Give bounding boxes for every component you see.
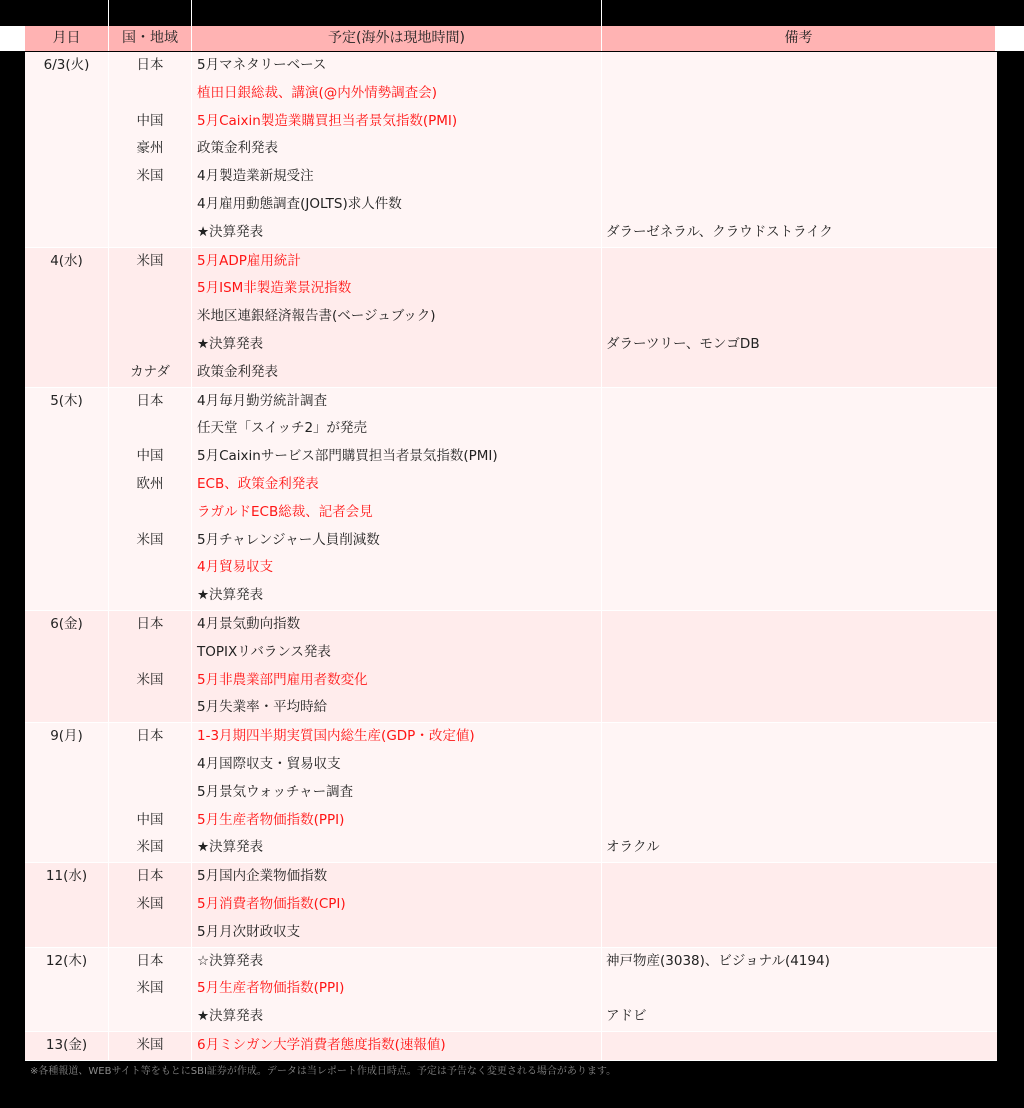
date-label: 6/3(火) xyxy=(25,52,108,80)
table-row: 米地区連銀経済報告書(ベージュブック) xyxy=(109,303,997,331)
date-cell: 4(水) xyxy=(25,248,109,387)
event-cell: ★決算発表 xyxy=(192,582,602,610)
date-group: 12(木)日本☆決算発表神戸物産(3038)、ビジョナル(4194)米国5月生産… xyxy=(25,948,997,1032)
event-cell-highlight: 5月生産者物価指数(PPI) xyxy=(192,975,602,1003)
schedule-table-body: 6/3(火)日本5月マネタリーベース植田日銀総裁、講演(@内外情勢調査会)中国5… xyxy=(25,52,997,1061)
notes-cell: オラクル xyxy=(602,834,997,862)
event-cell: 任天堂「スイッチ2」が発売 xyxy=(192,415,602,443)
event-cell: 5月Caixinサービス部門購買担当者景気指数(PMI) xyxy=(192,443,602,471)
date-cell: 5(木) xyxy=(25,388,109,610)
region-cell: 中国 xyxy=(109,443,192,471)
region-cell xyxy=(109,751,192,779)
notes-cell xyxy=(602,108,997,136)
date-label: 6(金) xyxy=(25,611,108,639)
date-group: 6/3(火)日本5月マネタリーベース植田日銀総裁、講演(@内外情勢調査会)中国5… xyxy=(25,52,997,248)
region-cell: 米国 xyxy=(109,527,192,555)
event-cell-highlight: 植田日銀総裁、講演(@内外情勢調査会) xyxy=(192,80,602,108)
date-group: 4(水)米国5月ADP雇用統計5月ISM非製造業景況指数米地区連銀経済報告書(ベ… xyxy=(25,248,997,388)
date-label: 4(水) xyxy=(25,248,108,276)
header-event: 予定(海外は現地時間) xyxy=(192,26,602,51)
table-row: 欧州ECB、政策金利発表 xyxy=(109,471,997,499)
table-row: 日本5月国内企業物価指数 xyxy=(109,863,997,891)
table-row: 日本5月マネタリーベース xyxy=(109,52,997,80)
notes-cell: アドビ xyxy=(602,1003,997,1031)
region-cell xyxy=(109,919,192,947)
event-cell-highlight: 5月ADP雇用統計 xyxy=(192,248,602,276)
region-cell: 米国 xyxy=(109,975,192,1003)
notes-cell xyxy=(602,723,997,751)
region-cell xyxy=(109,554,192,582)
table-row: 米国5月生産者物価指数(PPI) xyxy=(109,975,997,1003)
region-cell: 米国 xyxy=(109,163,192,191)
event-cell-highlight: ECB、政策金利発表 xyxy=(192,471,602,499)
event-cell: ★決算発表 xyxy=(192,331,602,359)
notes-cell xyxy=(602,919,997,947)
event-cell: ★決算発表 xyxy=(192,834,602,862)
column-divider-top xyxy=(191,0,192,26)
notes-cell xyxy=(602,135,997,163)
table-row: 米国5月消費者物価指数(CPI) xyxy=(109,891,997,919)
notes-cell xyxy=(602,639,997,667)
notes-cell: 神戸物産(3038)、ビジョナル(4194) xyxy=(602,948,997,976)
notes-cell: ダラーゼネラル、クラウドストライク xyxy=(602,219,997,247)
column-divider-top xyxy=(108,0,109,26)
region-cell xyxy=(109,1003,192,1031)
notes-cell xyxy=(602,975,997,1003)
region-cell: 中国 xyxy=(109,108,192,136)
date-label: 12(木) xyxy=(25,948,108,976)
date-label: 5(木) xyxy=(25,388,108,416)
region-cell: 日本 xyxy=(109,611,192,639)
date-group: 13(金)米国6月ミシガン大学消費者態度指数(速報値) xyxy=(25,1032,997,1061)
notes-cell xyxy=(602,303,997,331)
table-row: ★決算発表アドビ xyxy=(109,1003,997,1031)
notes-cell xyxy=(602,694,997,722)
notes-cell xyxy=(602,667,997,695)
table-row: 米国5月チャレンジャー人員削減数 xyxy=(109,527,997,555)
notes-cell xyxy=(602,751,997,779)
region-cell: 日本 xyxy=(109,388,192,416)
region-cell: 日本 xyxy=(109,948,192,976)
event-cell: 5月国内企業物価指数 xyxy=(192,863,602,891)
header-notes: 備考 xyxy=(602,26,995,51)
notes-cell xyxy=(602,163,997,191)
event-cell-highlight: 5月生産者物価指数(PPI) xyxy=(192,807,602,835)
notes-cell xyxy=(602,527,997,555)
event-cell: 政策金利発表 xyxy=(192,135,602,163)
date-group: 11(水)日本5月国内企業物価指数米国5月消費者物価指数(CPI)5月月次財政収… xyxy=(25,863,997,947)
event-cell-highlight: 5月Caixin製造業購買担当者景気指数(PMI) xyxy=(192,108,602,136)
notes-cell xyxy=(602,499,997,527)
region-cell xyxy=(109,499,192,527)
notes-cell xyxy=(602,471,997,499)
notes-cell xyxy=(602,1032,997,1060)
event-cell: 4月国際収支・貿易収支 xyxy=(192,751,602,779)
date-cell: 6/3(火) xyxy=(25,52,109,247)
table-row: 中国5月Caixin製造業購買担当者景気指数(PMI) xyxy=(109,108,997,136)
region-cell xyxy=(109,779,192,807)
region-cell: 日本 xyxy=(109,863,192,891)
event-cell: 4月景気動向指数 xyxy=(192,611,602,639)
notes-cell xyxy=(602,415,997,443)
region-cell xyxy=(109,639,192,667)
date-label: 13(金) xyxy=(25,1032,108,1060)
notes-cell xyxy=(602,807,997,835)
table-row: 米国★決算発表オラクル xyxy=(109,834,997,862)
notes-cell xyxy=(602,248,997,276)
table-row: 4月貿易収支 xyxy=(109,554,997,582)
date-group: 6(金)日本4月景気動向指数TOPIXリバランス発表米国5月非農業部門雇用者数変… xyxy=(25,611,997,723)
table-row: 5月景気ウォッチャー調査 xyxy=(109,779,997,807)
date-cell: 12(木) xyxy=(25,948,109,1031)
date-cell: 11(水) xyxy=(25,863,109,946)
date-label: 9(月) xyxy=(25,723,108,751)
table-row: ★決算発表ダラーゼネラル、クラウドストライク xyxy=(109,219,997,247)
notes-cell xyxy=(602,443,997,471)
notes-cell xyxy=(602,863,997,891)
date-label: 11(水) xyxy=(25,863,108,891)
notes-cell xyxy=(602,582,997,610)
notes-cell xyxy=(602,359,997,387)
header-left-spacer xyxy=(0,26,25,51)
event-cell-highlight: ラガルドECB総裁、記者会見 xyxy=(192,499,602,527)
table-row: TOPIXリバランス発表 xyxy=(109,639,997,667)
date-cell: 9(月) xyxy=(25,723,109,862)
table-header: 月日 国・地域 予定(海外は現地時間) 備考 xyxy=(25,26,995,51)
event-cell: 5月景気ウォッチャー調査 xyxy=(192,779,602,807)
header-region: 国・地域 xyxy=(109,26,192,51)
column-divider-top xyxy=(601,0,602,26)
region-cell xyxy=(109,275,192,303)
date-group: 9(月)日本1-3月期四半期実質国内総生産(GDP・改定値)4月国際収支・貿易収… xyxy=(25,723,997,863)
notes-cell xyxy=(602,80,997,108)
footnote: ※各種報道、WEBサイト等をもとにSBI証券が作成。データは当レポート作成日時点… xyxy=(30,1062,616,1077)
region-cell xyxy=(109,219,192,247)
table-row: ★決算発表ダラーツリー、モンゴDB xyxy=(109,331,997,359)
table-row: 5月ISM非製造業景況指数 xyxy=(109,275,997,303)
date-group: 5(木)日本4月毎月勤労統計調査任天堂「スイッチ2」が発売中国5月Caixinサ… xyxy=(25,388,997,611)
table-row: 4月国際収支・貿易収支 xyxy=(109,751,997,779)
header-date: 月日 xyxy=(25,26,109,51)
notes-cell xyxy=(602,388,997,416)
event-cell: ★決算発表 xyxy=(192,1003,602,1031)
notes-cell: ダラーツリー、モンゴDB xyxy=(602,331,997,359)
header-right-spacer xyxy=(995,26,1024,51)
table-row: 中国5月Caixinサービス部門購買担当者景気指数(PMI) xyxy=(109,443,997,471)
table-row: 米国4月製造業新規受注 xyxy=(109,163,997,191)
notes-cell xyxy=(602,275,997,303)
table-row: 5月月次財政収支 xyxy=(109,919,997,947)
region-cell: 米国 xyxy=(109,834,192,862)
region-cell: カナダ xyxy=(109,359,192,387)
notes-cell xyxy=(602,891,997,919)
table-row: 中国5月生産者物価指数(PPI) xyxy=(109,807,997,835)
table-row: ★決算発表 xyxy=(109,582,997,610)
event-cell: 5月チャレンジャー人員削減数 xyxy=(192,527,602,555)
table-row: 日本☆決算発表神戸物産(3038)、ビジョナル(4194) xyxy=(109,948,997,976)
region-cell xyxy=(109,191,192,219)
table-row: 米国5月非農業部門雇用者数変化 xyxy=(109,667,997,695)
region-cell: 米国 xyxy=(109,1032,192,1060)
event-cell: 5月失業率・平均時給 xyxy=(192,694,602,722)
event-cell-highlight: 5月消費者物価指数(CPI) xyxy=(192,891,602,919)
region-cell xyxy=(109,415,192,443)
region-cell xyxy=(109,331,192,359)
date-cell: 6(金) xyxy=(25,611,109,722)
region-cell: 中国 xyxy=(109,807,192,835)
event-cell: TOPIXリバランス発表 xyxy=(192,639,602,667)
table-row: カナダ政策金利発表 xyxy=(109,359,997,387)
notes-cell xyxy=(602,611,997,639)
table-row: 日本4月景気動向指数 xyxy=(109,611,997,639)
table-row: 米国6月ミシガン大学消費者態度指数(速報値) xyxy=(109,1032,997,1060)
region-cell: 豪州 xyxy=(109,135,192,163)
event-cell: 政策金利発表 xyxy=(192,359,602,387)
region-cell xyxy=(109,80,192,108)
region-cell: 欧州 xyxy=(109,471,192,499)
event-cell: ★決算発表 xyxy=(192,219,602,247)
region-cell xyxy=(109,694,192,722)
notes-cell xyxy=(602,554,997,582)
event-cell: ☆決算発表 xyxy=(192,948,602,976)
notes-cell xyxy=(602,52,997,80)
table-row: 4月雇用動態調査(JOLTS)求人件数 xyxy=(109,191,997,219)
region-cell xyxy=(109,303,192,331)
event-cell: 5月月次財政収支 xyxy=(192,919,602,947)
region-cell: 米国 xyxy=(109,248,192,276)
event-cell: 4月雇用動態調査(JOLTS)求人件数 xyxy=(192,191,602,219)
region-cell xyxy=(109,582,192,610)
region-cell: 日本 xyxy=(109,723,192,751)
region-cell: 米国 xyxy=(109,667,192,695)
event-cell-highlight: 5月非農業部門雇用者数変化 xyxy=(192,667,602,695)
region-cell: 日本 xyxy=(109,52,192,80)
event-cell: 4月製造業新規受注 xyxy=(192,163,602,191)
event-cell-highlight: 4月貿易収支 xyxy=(192,554,602,582)
table-row: 5月失業率・平均時給 xyxy=(109,694,997,722)
table-row: 任天堂「スイッチ2」が発売 xyxy=(109,415,997,443)
table-row: 豪州政策金利発表 xyxy=(109,135,997,163)
event-cell: 米地区連銀経済報告書(ベージュブック) xyxy=(192,303,602,331)
notes-cell xyxy=(602,779,997,807)
date-cell: 13(金) xyxy=(25,1032,109,1060)
event-cell-highlight: 1-3月期四半期実質国内総生産(GDP・改定値) xyxy=(192,723,602,751)
table-row: 米国5月ADP雇用統計 xyxy=(109,248,997,276)
table-row: 日本1-3月期四半期実質国内総生産(GDP・改定値) xyxy=(109,723,997,751)
table-row: 日本4月毎月勤労統計調査 xyxy=(109,388,997,416)
table-row: ラガルドECB総裁、記者会見 xyxy=(109,499,997,527)
event-cell: 4月毎月勤労統計調査 xyxy=(192,388,602,416)
event-cell-highlight: 5月ISM非製造業景況指数 xyxy=(192,275,602,303)
event-cell-highlight: 6月ミシガン大学消費者態度指数(速報値) xyxy=(192,1032,602,1060)
event-cell: 5月マネタリーベース xyxy=(192,52,602,80)
table-row: 植田日銀総裁、講演(@内外情勢調査会) xyxy=(109,80,997,108)
notes-cell xyxy=(602,191,997,219)
region-cell: 米国 xyxy=(109,891,192,919)
